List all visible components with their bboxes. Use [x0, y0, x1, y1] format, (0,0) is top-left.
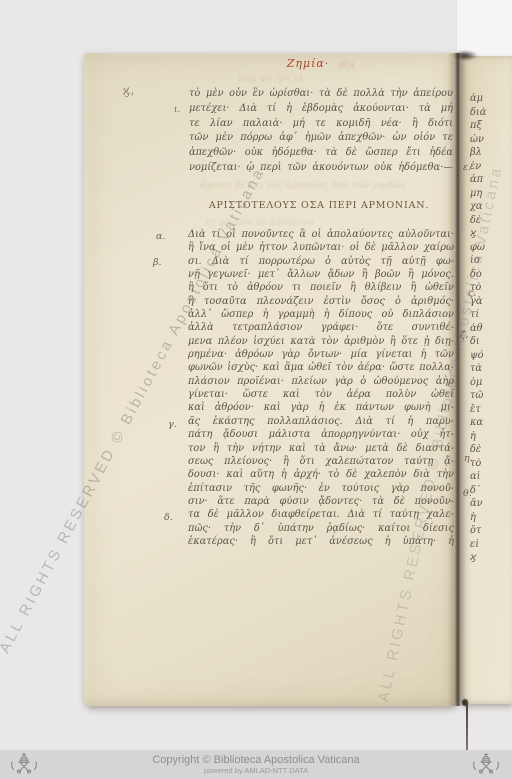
- text-line: γίνεται· ὥστε καὶ τὸν ἀέρα πολὺν ὠθεῖ: [188, 388, 454, 401]
- text-line: ἢ τοσαῦτα πλεονάζειν ἐστὶν ὅσος ὁ ἀριθμό…: [188, 295, 454, 308]
- text-line: σι. Διὰ τί πορρωτέρω ὁ αὐτὸς τῇ αὐτῇ φω-: [188, 255, 454, 268]
- text-line-fragment: δὲ: [470, 444, 512, 457]
- text-line: ἀλλ᾽ ὥσπερ ἡ γραμμὴ ἡ δίπους οὐ διπλάσιο…: [188, 308, 454, 321]
- text-line-fragment: χα: [470, 201, 512, 214]
- text-line-fragment: ἀμ: [470, 93, 512, 106]
- text-line-fragment: μη: [470, 188, 512, 201]
- text-line: νομίζεται· ᾧ περὶ τῶν ἀκουόντων οὐκ ἡδόμ…: [189, 161, 453, 176]
- margin-problem-number: α.: [156, 231, 165, 242]
- manuscript-photo[interactable]: μωχ ψγ ἡρτ ελ ἄγουσι δὲ καὶ τὰς ἁρμονίας…: [0, 0, 512, 750]
- text-line-fragment: τὸ: [470, 458, 512, 471]
- margin-problem-number: γ.: [168, 419, 177, 430]
- text-line: νῇ γεγωνεῖ· μετ᾽ ἄλλων ᾄδων ἢ βοῶν ἢ μόν…: [188, 268, 454, 281]
- text-line: καὶ ἀθρόον· καὶ γὰρ ἡ ἐκ πάντων φωνὴ μι-: [188, 401, 454, 414]
- text-line: τε λίαν παλαιὰ· μή τε κομιδῆ νέα· ἢ διότ…: [189, 117, 453, 132]
- text-line-fragment: διὰ: [470, 107, 512, 120]
- text-line-fragment: δὲ: [470, 215, 512, 228]
- text-line-fragment: γὰ: [470, 296, 512, 309]
- text-line: ρημένα· ἀθρόων γὰρ ὄντων· μία γίνεται ἡ …: [188, 348, 454, 361]
- text-line-fragment: ἰσ: [470, 255, 512, 268]
- vatican-emblem-icon: [9, 752, 39, 777]
- text-line-fragment: ὁμ: [470, 377, 512, 390]
- section-heading: ΑΡΙΣΤΟΤΕΛΟΥΣ ΟΣΑ ΠΕΡΙ ΑΡΜΟΝΙΑΝ.: [194, 200, 444, 211]
- text-line-fragment: βλ: [470, 147, 512, 160]
- rubric-offset-ghost: πξα: [338, 61, 402, 71]
- text-line: ἐπίτασιν τῆς φωνῆς· ἐν τούτοις γὰρ πονοῦ…: [188, 482, 454, 495]
- text-line: ἀπεχθῶν· οὐκ ἡδόμεθα· τὰ δὲ ὥσπερ ἔτι ἡδ…: [189, 146, 453, 161]
- manuscript-viewer: μωχ ψγ ἡρτ ελ ἄγουσι δὲ καὶ τὰς ἁρμονίας…: [0, 0, 512, 779]
- text-line-fragment: πξ: [470, 120, 512, 133]
- text-line-fragment: κα: [470, 417, 512, 430]
- text-line-fragment: δο: [470, 269, 512, 282]
- text-line: ἑκατέρας· ἢ ὅτι μετ᾽ ἀνέσεως ἡ ὑπάτη· ἦ: [188, 535, 454, 548]
- text-line-fragment: ψό: [470, 350, 512, 363]
- text-line: φωνῶν ἰσχὺς· καὶ ἅμα ὠθεῖ τὸν ἀέρα· ὥστε…: [188, 361, 454, 374]
- text-line: πλάσιον προϊέναι· πλείων γὰρ ὁ ὠθούμενος…: [188, 375, 454, 388]
- text-line-fragment: τὸ: [470, 282, 512, 295]
- red-rubric-title: Ζημία·: [276, 57, 340, 70]
- main-text-block: Διὰ τί οἱ πονοῦντες ἃ οἱ ἀπολαύοντες αὐλ…: [188, 228, 454, 550]
- text-line: τα δὲ μᾶλλον διαφθείρεται. Διὰ τί ταύτῃ …: [188, 508, 454, 521]
- text-line: ἀλλὰ τετραπλάσιον γράφει· ὅτε συντιθέ-: [188, 321, 454, 334]
- text-line-fragment: ϗ: [470, 552, 512, 565]
- margin-problem-number: δ.: [164, 512, 173, 523]
- text-line: πάτη ᾄδουσι μάλιστα ἀπορρηγνύνται· οὐχ ἧ…: [188, 428, 454, 441]
- upper-paragraph: τὸ μὲν οὖν ἓν ὡρίσθαι· τὰ δὲ πολλὰ τὴν ἀ…: [189, 87, 453, 177]
- text-line-fragment: δ᾽: [470, 485, 512, 498]
- text-line: σεως πλείονος· ἢ ὅτι χαλεπώτατον ταύτῃ ᾄ…: [188, 455, 454, 468]
- text-line-fragment: ϗ: [470, 228, 512, 241]
- text-line-fragment: ἀπ: [470, 174, 512, 187]
- footer-bar: Copyright © Biblioteca Apostolica Vatica…: [0, 750, 512, 779]
- gutter-shadow: [452, 50, 478, 61]
- text-line-fragment: ὅτ: [470, 525, 512, 538]
- text-line: μετέχει· Διὰ τί ἡ ἑβδομὰς ἀκούονται· τὰ …: [189, 102, 453, 117]
- text-line: τὸ μὲν οὖν ἓν ὡρίσθαι· τὰ δὲ πολλὰ τὴν ἀ…: [189, 87, 453, 102]
- text-line: δουσι· καὶ αὕτη ἡ ἀρχή· τὸ δὲ χαλεπὸν δι…: [188, 468, 454, 481]
- text-line-fragment: τῶ: [470, 390, 512, 403]
- text-line-fragment: ἔτ: [470, 404, 512, 417]
- text-line-fragment: ἄν: [470, 498, 512, 511]
- footer-powered-by: powered by AMLAD-NTT DATA: [0, 766, 512, 775]
- footer-copyright: Copyright © Biblioteca Apostolica Vatica…: [0, 754, 512, 766]
- text-line: σιν· ἅτε παρὰ φύσιν ᾄδοντες· τὰ δὲ πονοῦ…: [188, 495, 454, 508]
- text-line: ἢ ἵνα οἱ μὲν ἧττον λυπῶνται· οἱ δὲ μᾶλλο…: [188, 241, 454, 254]
- margin-number-mark: ι.: [174, 105, 180, 115]
- text-line-fragment: τὰ: [470, 363, 512, 376]
- text-line-fragment: δι: [470, 336, 512, 349]
- text-line-fragment: ἦ: [470, 431, 512, 444]
- text-line-fragment: τί: [470, 309, 512, 322]
- text-line-fragment: ἡ: [470, 512, 512, 525]
- text-line-fragment: αἱ: [470, 471, 512, 484]
- text-line-fragment: ὧν: [470, 134, 512, 147]
- text-line: τον ἢ τὴν νήτην καὶ τὰ ἄνω· μετὰ δὲ διασ…: [188, 442, 454, 455]
- text-line-fragment: ἐν: [470, 161, 512, 174]
- margin-problem-number: ζ.: [460, 330, 468, 341]
- text-line: ᾶς ἑκάστης πολλαπλάσιος. Διὰ τί ἡ παρυ-: [188, 415, 454, 428]
- text-line: πῶς· τὴν δ᾽ ὑπάτην ῥᾳδίως· καίτοι δίεσις: [188, 522, 454, 535]
- text-line-fragment: εἰ: [470, 539, 512, 552]
- text-line: τῶν μὲν πόρρω ἀφ᾽ ἡμῶν ἀπεχθῶν· ὧν οἷόν …: [189, 131, 453, 146]
- text-line-fragment: φω: [470, 242, 512, 255]
- text-line: Διὰ τί οἱ πονοῦντες ἃ οἱ ἀπολαύοντες αὐλ…: [188, 228, 454, 241]
- text-line: μενα πλέον ἰσχύει κατὰ τὸν ἀριθμὸν ἢ ὅτε…: [188, 335, 454, 348]
- vatican-emblem-icon: [471, 752, 501, 777]
- margin-problem-number: β.: [153, 257, 162, 268]
- text-line: ἢ ὅτι τὸ ἀθρόον τι ποιεῖν ἢ θλίβειν ἢ ὠθ…: [188, 281, 454, 294]
- text-line-fragment: ἀθ: [470, 323, 512, 336]
